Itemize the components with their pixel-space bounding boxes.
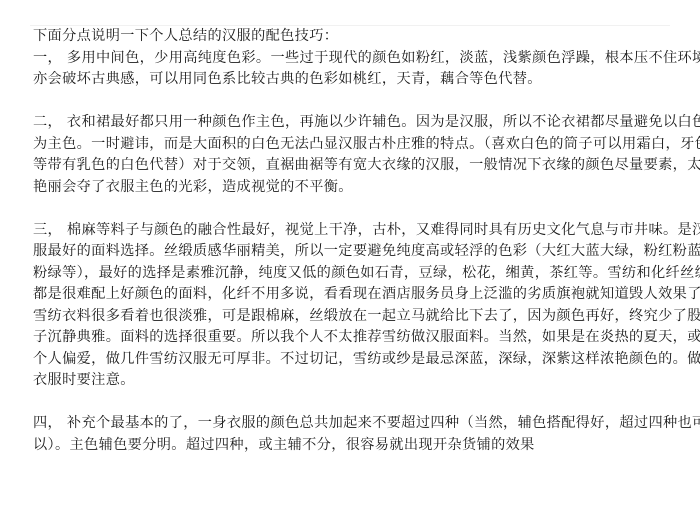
intro-line: 下面分点说明一下个人总结的汉服的配色技巧： bbox=[33, 26, 673, 48]
paragraph-line: 衣服时要注意。 bbox=[33, 370, 673, 392]
paragraph-line: 雪纺衣料很多看着也很淡雅，可是跟棉麻，丝缎放在一起立马就给比下去了，因为颜色再好… bbox=[33, 306, 673, 328]
paragraph-line: 一， 多用中间色，少用高纯度色彩。一些过于现代的颜色如粉红，淡蓝，浅紫颜色浮躁，… bbox=[33, 48, 673, 70]
paragraph-line: 服最好的面料选择。丝缎质感华丽精美，所以一定要避免纯度高或轻浮的色彩（大红大蓝大… bbox=[33, 241, 673, 263]
paragraph-4: 四， 补充个最基本的了，一身衣服的颜色总共加起来不要超过四种（当然，辅色搭配得好… bbox=[33, 413, 673, 456]
document-body: 下面分点说明一下个人总结的汉服的配色技巧： 一， 多用中间色，少用高纯度色彩。一… bbox=[33, 26, 673, 456]
paragraph-line: 等带有乳色的白色代替）对于交领，直裾曲裾等有宽大衣缘的汉服，一般情况下衣缘的颜色… bbox=[33, 155, 673, 177]
paragraph-gap bbox=[33, 392, 673, 414]
paragraph-line: 个人偏爱，做几件雪纺汉服无可厚非。不过切记，雪纺或纱是最忌深蓝，深绿，深紫这样浓… bbox=[33, 349, 673, 371]
paragraph-line: 粉绿等），最好的选择是素雅沉静，纯度又低的颜色如石青，豆绿，松花，缃黄，茶红等。… bbox=[33, 263, 673, 285]
paragraph-line: 都是很难配上好颜色的面料，化纤不用多说，看看现在酒店服务员身上泛滥的劣质旗袍就知… bbox=[33, 284, 673, 306]
paragraph-1: 一， 多用中间色，少用高纯度色彩。一些过于现代的颜色如粉红，淡蓝，浅紫颜色浮躁，… bbox=[33, 48, 673, 91]
paragraph-line: 四， 补充个最基本的了，一身衣服的颜色总共加起来不要超过四种（当然，辅色搭配得好… bbox=[33, 413, 673, 435]
paragraph-line: 三， 棉麻等料子与颜色的融合性最好，视觉上干净，古朴，又难得同时具有历史文化气息… bbox=[33, 220, 673, 242]
paragraph-gap bbox=[33, 198, 673, 220]
paragraph-line: 艳丽会夺了衣服主色的光彩，造成视觉的不平衡。 bbox=[33, 177, 673, 199]
paragraph-3: 三， 棉麻等料子与颜色的融合性最好，视觉上干净，古朴，又难得同时具有历史文化气息… bbox=[33, 220, 673, 392]
paragraph-line: 为主色。一时避讳，而是大面积的白色无法凸显汉服古朴庄雅的特点。（喜欢白色的筒子可… bbox=[33, 134, 673, 156]
paragraph-line: 亦会破坏古典感，可以用同色系比较古典的色彩如桃红，天青，藕合等色代替。 bbox=[33, 69, 673, 91]
paragraph-gap bbox=[33, 91, 673, 113]
paragraph-line: 子沉静典雅。面料的选择很重要。所以我个人不太推荐雪纺做汉服面料。当然，如果是在炎… bbox=[33, 327, 673, 349]
paragraph-line: 以）。主色辅色要分明。超过四种，或主辅不分，很容易就出现开杂货铺的效果 bbox=[33, 435, 673, 457]
paragraph-line: 二， 衣和裙最好都只用一种颜色作主色，再施以少许辅色。因为是汉服，所以不论衣裙都… bbox=[33, 112, 673, 134]
paragraph-2: 二， 衣和裙最好都只用一种颜色作主色，再施以少许辅色。因为是汉服，所以不论衣裙都… bbox=[33, 112, 673, 198]
